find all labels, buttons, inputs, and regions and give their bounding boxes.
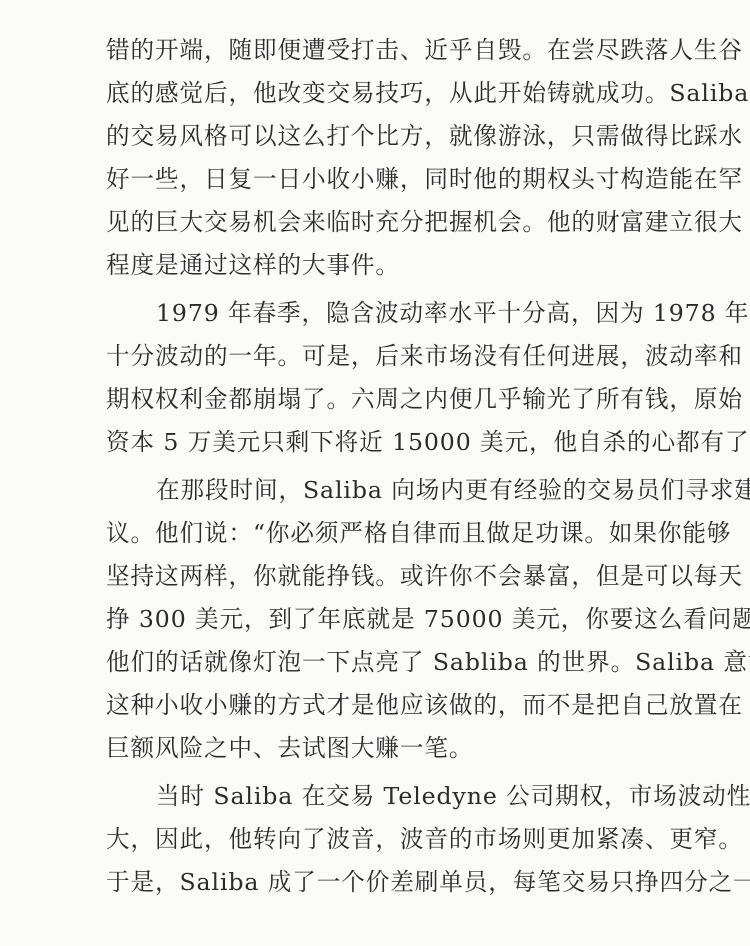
text-line: 这种小收小赚的方式才是他应该做的，而不是把自己放置在 [106,684,650,727]
text-line: 于是，Saliba 成了一个价差刷单员，每笔交易只挣四分之一 [106,861,650,904]
text-line: 议。他们说：“你必须严格自律而且做足功课。如果你能够 [106,512,650,555]
text-line: 当时 Saliba 在交易 Teledyne 公司期权，市场波动性非常 [106,775,650,818]
paragraph-4: 当时 Saliba 在交易 Teledyne 公司期权，市场波动性非常 大，因此… [106,775,650,904]
book-page: 错的开端，随即便遭受打击、近乎自毁。在尝尽跌落人生谷 底的感觉后，他改变交易技巧… [106,29,650,909]
text-line: 挣 300 美元，到了年底就是 75000 美元，你要这么看问题。” [106,598,650,641]
text-line: 好一些，日复一日小收小赚，同时他的期权头寸构造能在罕 [106,158,650,201]
text-line: 的交易风格可以这么打个比方，就像游泳，只需做得比踩水 [106,115,650,158]
text-line: 期权权利金都崩塌了。六周之内便几乎输光了所有钱，原始 [106,378,650,421]
text-line: 巨额风险之中、去试图大赚一笔。 [106,727,650,770]
text-line: 底的感觉后，他改变交易技巧，从此开始铸就成功。Saliba [106,72,650,115]
text-line: 见的巨大交易机会来临时充分把握机会。他的财富建立很大 [106,201,650,244]
text-line: 他们的话就像灯泡一下点亮了 Sabliba 的世界。Saliba 意识到 [106,641,650,684]
text-line: 资本 5 万美元只剩下将近 15000 美元，他自杀的心都有了。 [106,421,650,464]
paragraph-3: 在那段时间，Saliba 向场内更有经验的交易员们寻求建 议。他们说：“你必须严… [106,469,650,770]
text-line: 十分波动的一年。可是，后来市场没有任何进展，波动率和 [106,335,650,378]
text-line: 在那段时间，Saliba 向场内更有经验的交易员们寻求建 [106,469,650,512]
text-line: 大，因此，他转向了波音，波音的市场则更加紧凑、更窄。 [106,818,650,861]
text-line: 1979 年春季，隐含波动率水平十分高，因为 1978 年是 [106,292,650,335]
paragraph-1: 错的开端，随即便遭受打击、近乎自毁。在尝尽跌落人生谷 底的感觉后，他改变交易技巧… [106,29,650,287]
paragraph-2: 1979 年春季，隐含波动率水平十分高，因为 1978 年是 十分波动的一年。可… [106,292,650,464]
text-line: 错的开端，随即便遭受打击、近乎自毁。在尝尽跌落人生谷 [106,29,650,72]
text-line: 坚持这两样，你就能挣钱。或许你不会暴富，但是可以每天 [106,555,650,598]
text-line: 程度是通过这样的大事件。 [106,244,650,287]
